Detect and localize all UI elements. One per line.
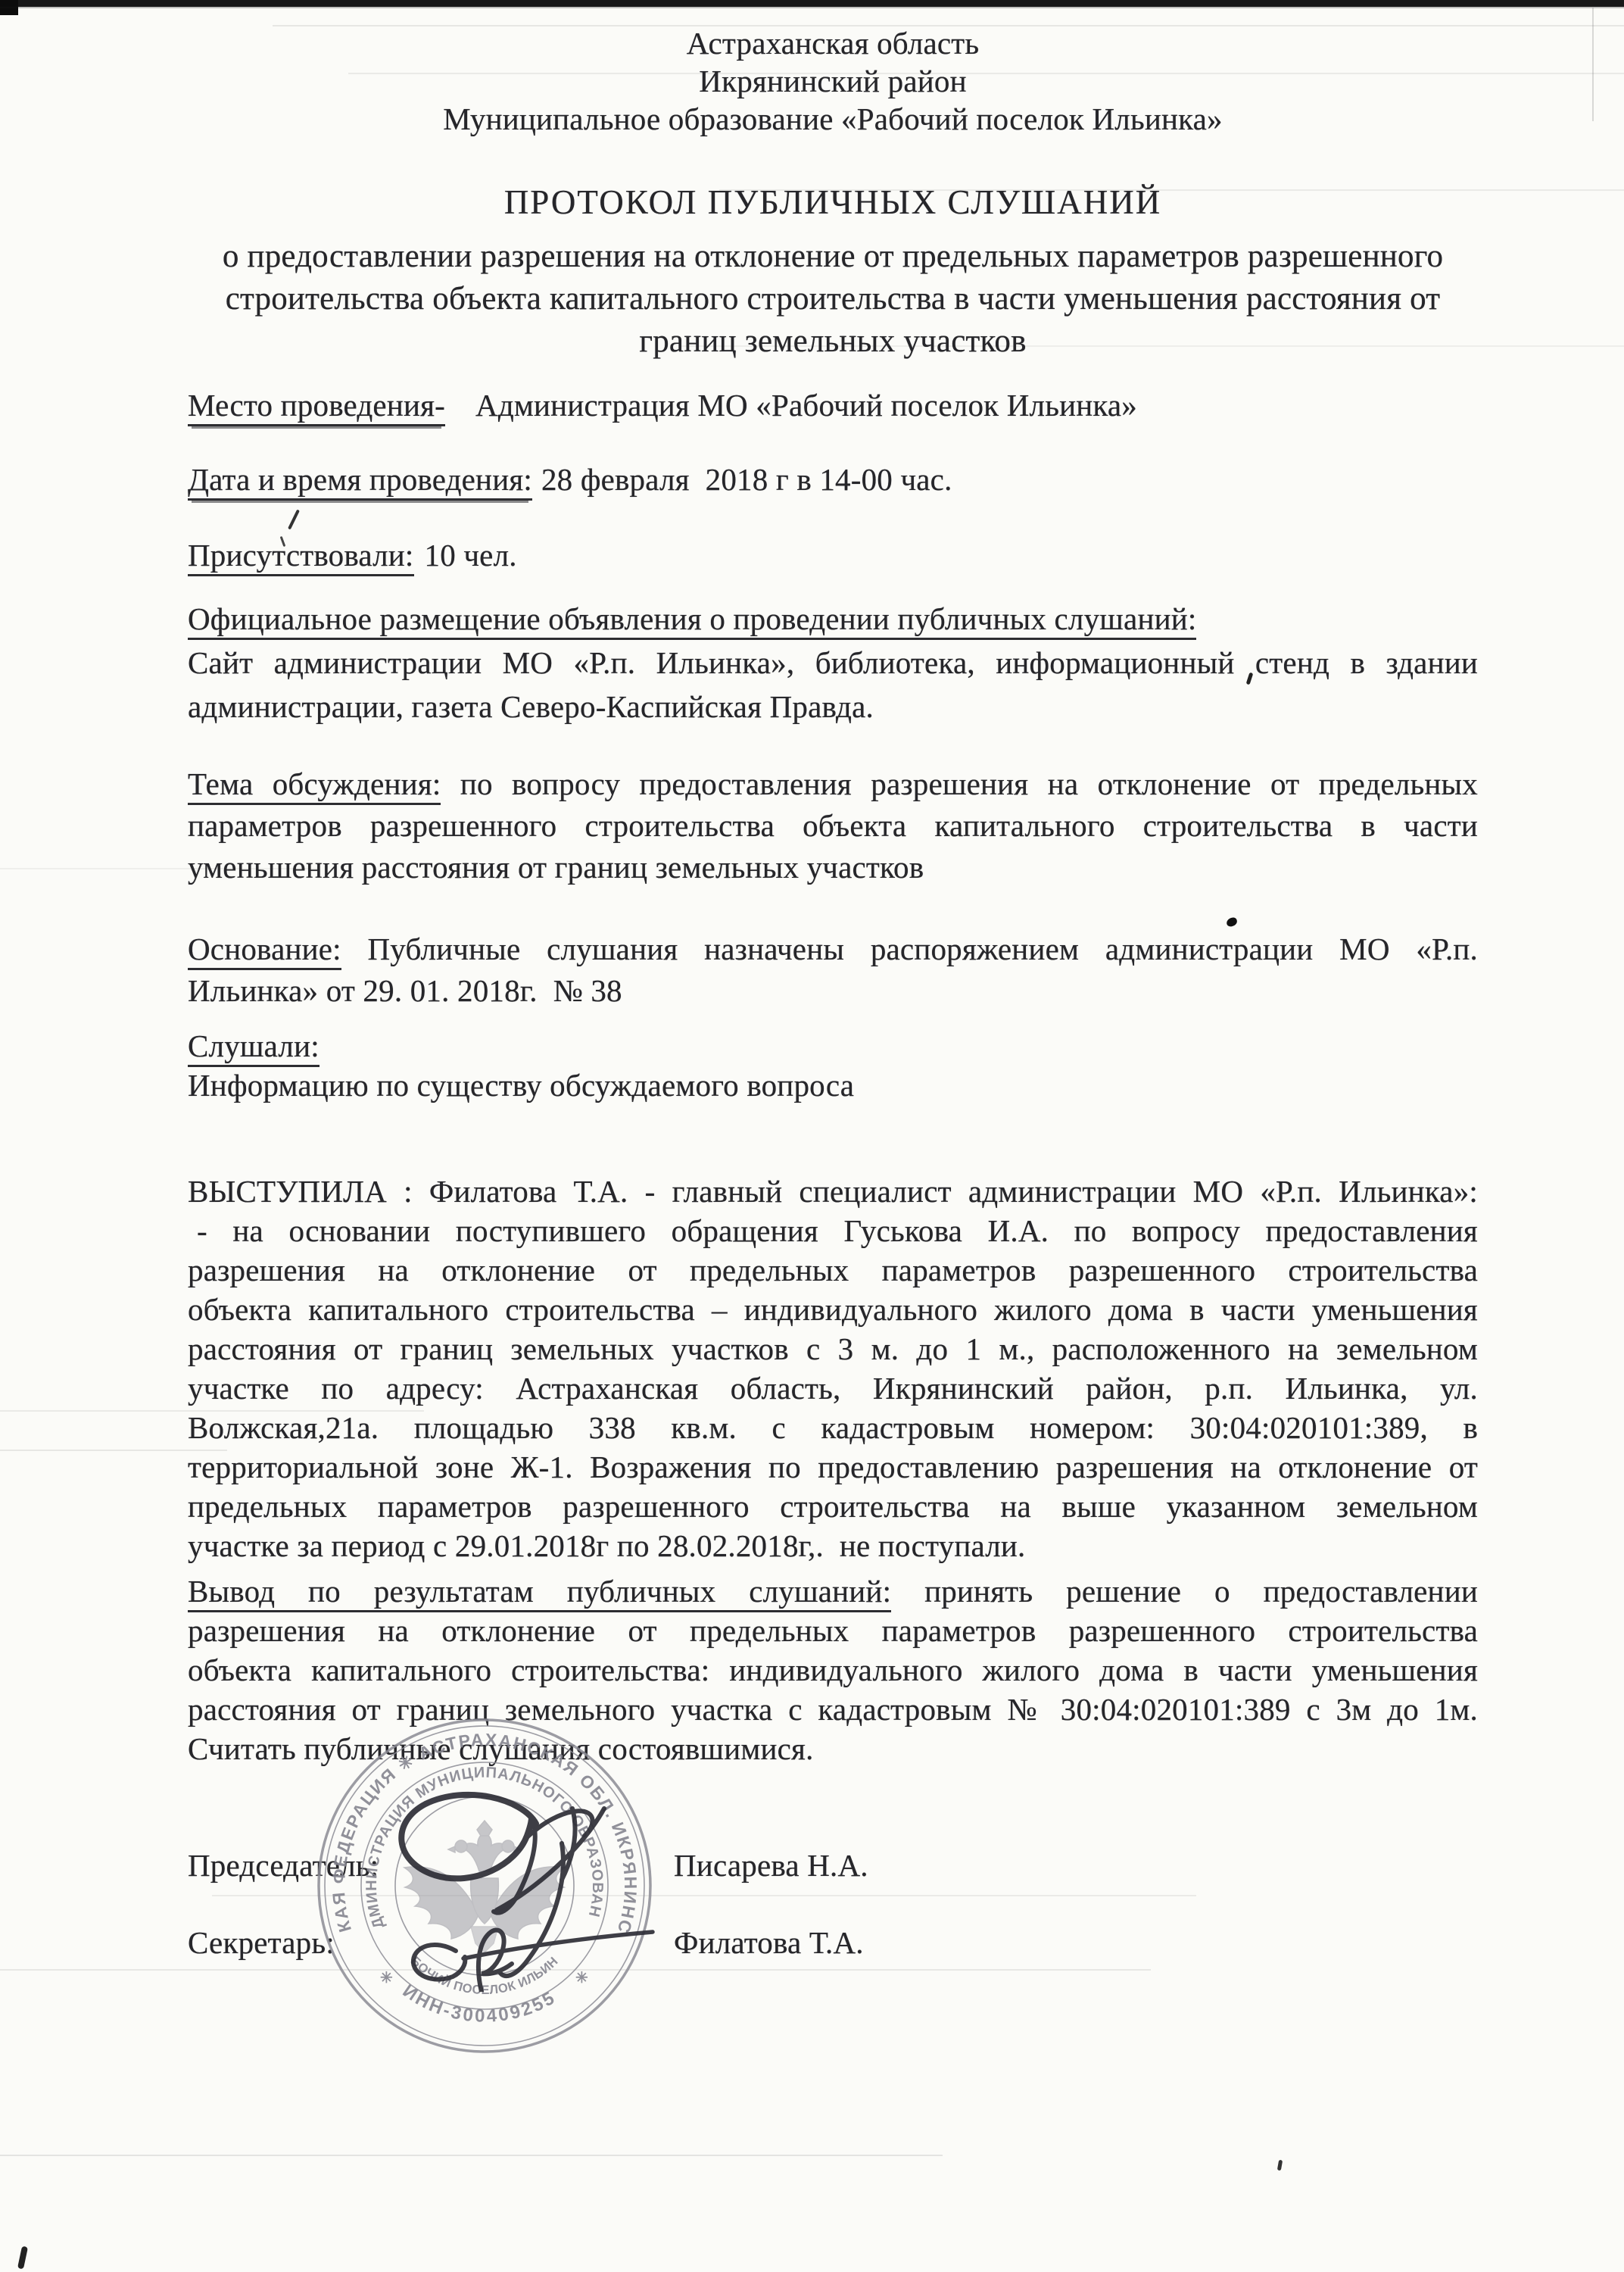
speech-line: ВЫСТУПИЛА : Филатова Т.А. - главный спец… xyxy=(188,1172,1478,1211)
field-location: Место проведения-Администрация МО «Рабоч… xyxy=(188,386,1478,425)
pen-mark xyxy=(288,510,300,530)
document-title: ПРОТОКОЛ ПУБЛИЧНЫХ СЛУШАНИЙ xyxy=(188,182,1478,224)
speech-line: территориальной зоне Ж-1. Возражения по … xyxy=(188,1448,1478,1487)
header-line-municipality: Муниципальное образование «Рабочий посел… xyxy=(188,100,1478,139)
document-subtitle-line: о предоставлении разрешения на отклонени… xyxy=(188,236,1478,276)
ink-speck xyxy=(17,2245,28,2269)
conclusion-line-rest: принять решение о предоставлении xyxy=(891,1574,1478,1609)
secretary-name: Филатова Т.А. xyxy=(674,1924,864,1962)
handwritten-signatures xyxy=(341,1765,666,1992)
field-attendees: Присутствовали:10 чел. xyxy=(188,536,1478,575)
signatures-ink-graphic xyxy=(341,1765,666,1992)
ink-speck xyxy=(1226,916,1238,927)
heard-label: Слушали: xyxy=(188,1027,1478,1066)
topic-label: Тема обсуждения: xyxy=(188,766,441,805)
basis-paragraph-line: Ильинка» от 29. 01. 2018г. № 38 xyxy=(188,972,1478,1010)
topic-line-rest: по вопросу предоставления разрешения на … xyxy=(441,766,1478,801)
conclusion-paragraph-line: Вывод по результатам публичных слушаний:… xyxy=(188,1572,1478,1611)
conclusion-paragraph-line: объекта капитального строительства: инди… xyxy=(188,1651,1478,1690)
speech-line: предельных параметров разрешенного строи… xyxy=(188,1487,1478,1526)
field-datetime-value: 28 февраля 2018 г в 14-00 час. xyxy=(541,462,952,497)
field-location-value: Администрация МО «Рабочий поселок Ильинк… xyxy=(475,388,1137,423)
secretary-signature xyxy=(413,1930,653,1992)
speech-line: объекта капитального строительства – инд… xyxy=(188,1290,1478,1329)
field-datetime-label: Дата и время проведения: xyxy=(188,462,532,501)
announcement-label: Официальное размещение объявления о пров… xyxy=(188,600,1478,638)
secretary-label: Секретарь: xyxy=(188,1925,335,1960)
field-attendees-value: 10 чел. xyxy=(425,538,517,573)
speech-line: Волжская,21а. площадью 338 кв.м. с кадас… xyxy=(188,1409,1478,1447)
scan-streak xyxy=(0,2155,943,2156)
document-subtitle-line: границ земельных участков xyxy=(188,321,1478,361)
heard-label-text: Слушали: xyxy=(188,1028,320,1067)
basis-paragraph-line: Основание: Публичные слушания назначены … xyxy=(188,930,1478,969)
field-datetime: Дата и время проведения:28 февраля 2018 … xyxy=(188,460,1478,499)
header-line-region: Астраханская область xyxy=(188,24,1478,63)
heard-line: Информацию по существу обсуждаемого вопр… xyxy=(188,1066,1478,1105)
topic-paragraph-line: уменьшения расстояния от границ земельны… xyxy=(188,848,1478,887)
ink-speck xyxy=(1277,2160,1283,2171)
scan-edge-fringe xyxy=(0,7,1624,8)
conclusion-label: Вывод по результатам публичных слушаний: xyxy=(188,1574,891,1612)
scanned-document-page: Астраханская область Икрянинский район М… xyxy=(0,0,1624,2272)
speech-line: разрешения на отклонение от предельных п… xyxy=(188,1251,1478,1290)
field-attendees-label: Присутствовали: xyxy=(188,538,414,576)
document-subtitle-line: строительства объекта капитального строи… xyxy=(188,279,1478,319)
speech-line: расстояния от границ земельных участков … xyxy=(188,1330,1478,1369)
chairman-name: Писарева Н.А. xyxy=(674,1846,868,1885)
speech-line: - на основании поступившего обращения Гу… xyxy=(188,1212,1478,1250)
announcement-label-text: Официальное размещение объявления о пров… xyxy=(188,601,1196,640)
conclusion-paragraph-line: разрешения на отклонение от предельных п… xyxy=(188,1612,1478,1650)
scan-edge-bar xyxy=(0,0,1624,7)
announcement-line: администрации, газета Северо-Каспийская … xyxy=(188,688,1478,726)
field-location-label: Место проведения- xyxy=(188,388,445,426)
topic-paragraph-line: параметров разрешенного строительства об… xyxy=(188,807,1478,845)
header-line-district: Икрянинский район xyxy=(188,62,1478,101)
topic-paragraph-line: Тема обсуждения: по вопросу предоставлен… xyxy=(188,765,1478,804)
basis-label: Основание: xyxy=(188,932,341,970)
speech-line: участке по адресу: Астраханская область,… xyxy=(188,1369,1478,1408)
basis-line-rest: Публичные слушания назначены распоряжени… xyxy=(341,932,1478,966)
announcement-line: Сайт администрации МО «Р.п. Ильинка», би… xyxy=(188,644,1478,682)
speech-line: участке за период с 29.01.2018г по 28.02… xyxy=(188,1527,1478,1565)
